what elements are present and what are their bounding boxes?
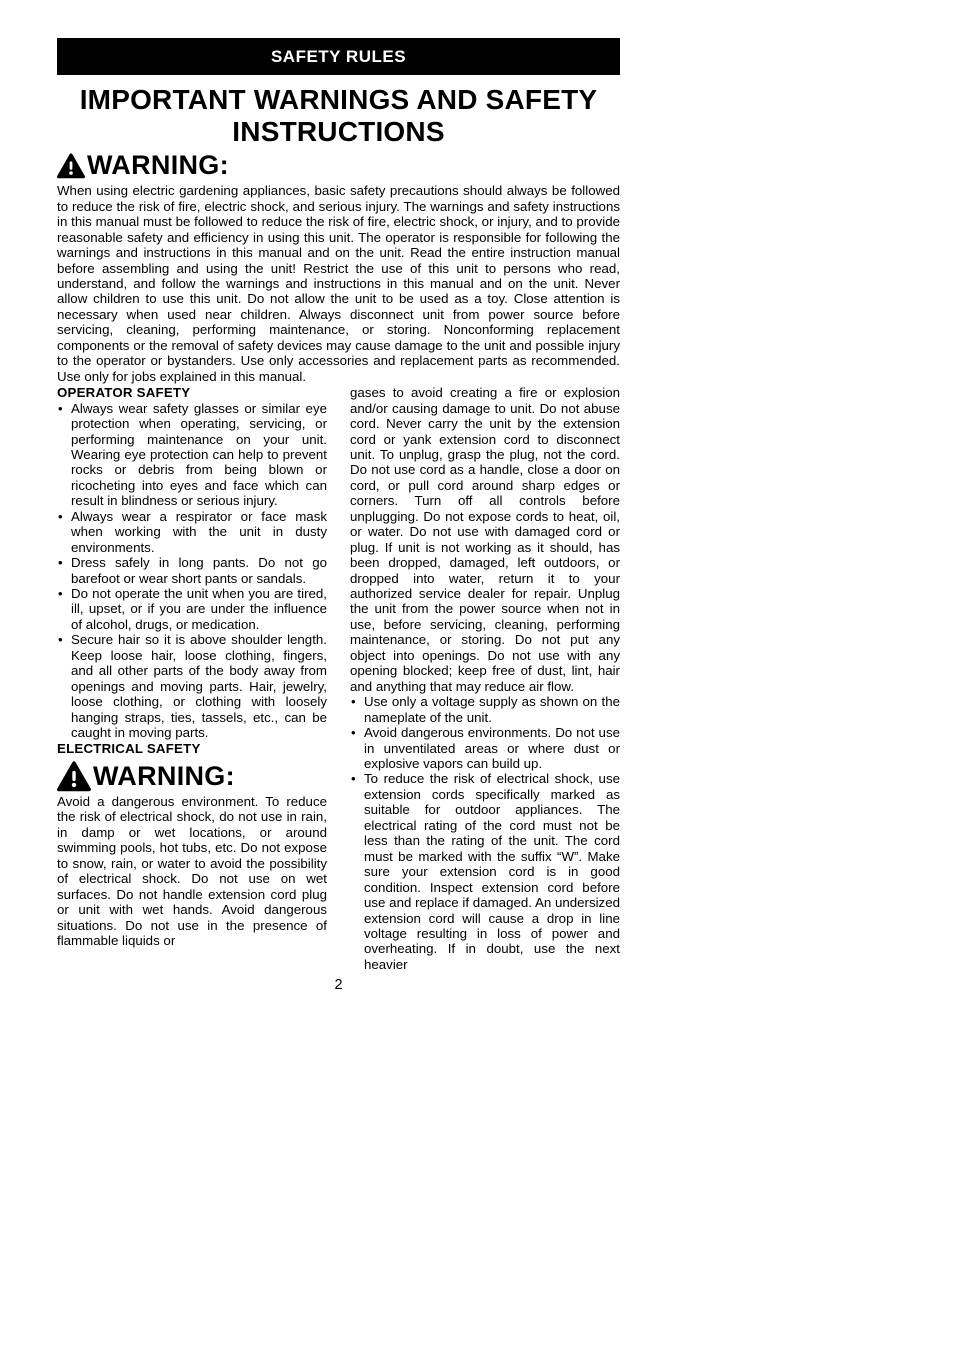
electrical-safety-list: Use only a voltage supply as shown on th…: [350, 694, 620, 972]
left-column: OPERATOR SAFETY Always wear safety glass…: [57, 385, 327, 972]
warning-heading: WARNING:: [57, 761, 327, 792]
section-header-bar: SAFETY RULES: [57, 38, 620, 75]
document-page: SAFETY RULES IMPORTANT WARNINGS AND SAFE…: [57, 38, 620, 993]
operator-safety-list: Always wear safety glasses or similar ey…: [57, 401, 327, 741]
right-column: gases to avoid creating a fire or explos…: [350, 385, 620, 972]
warning-label: WARNING:: [93, 761, 235, 792]
warning-triangle-icon: [57, 761, 91, 792]
page-number: 2: [57, 977, 620, 993]
electrical-safety-heading: ELECTRICAL SAFETY: [57, 741, 327, 756]
warning-heading: WARNING:: [57, 150, 620, 181]
electrical-safety-paragraph-continued: gases to avoid creating a fire or explos…: [350, 385, 620, 694]
warning-triangle-icon: [57, 153, 85, 179]
list-item: Always wear a respirator or face mask wh…: [57, 509, 327, 555]
list-item: Dress safely in long pants. Do not go ba…: [57, 555, 327, 586]
list-item: Do not operate the unit when you are tir…: [57, 586, 327, 632]
two-column-section: OPERATOR SAFETY Always wear safety glass…: [57, 385, 620, 972]
electrical-safety-paragraph: Avoid a dangerous environment. To reduce…: [57, 794, 327, 949]
warning-label: WARNING:: [87, 150, 229, 181]
list-item: To reduce the risk of electrical shock, …: [350, 771, 620, 972]
list-item: Use only a voltage supply as shown on th…: [350, 694, 620, 725]
intro-paragraph: When using electric gardening appliances…: [57, 183, 620, 384]
page-title: IMPORTANT WARNINGS AND SAFETY INSTRUCTIO…: [57, 84, 620, 147]
section-header-title: SAFETY RULES: [271, 47, 406, 67]
list-item: Avoid dangerous environments. Do not use…: [350, 725, 620, 771]
operator-safety-heading: OPERATOR SAFETY: [57, 385, 327, 400]
list-item: Always wear safety glasses or similar ey…: [57, 401, 327, 509]
list-item: Secure hair so it is above shoulder leng…: [57, 632, 327, 740]
